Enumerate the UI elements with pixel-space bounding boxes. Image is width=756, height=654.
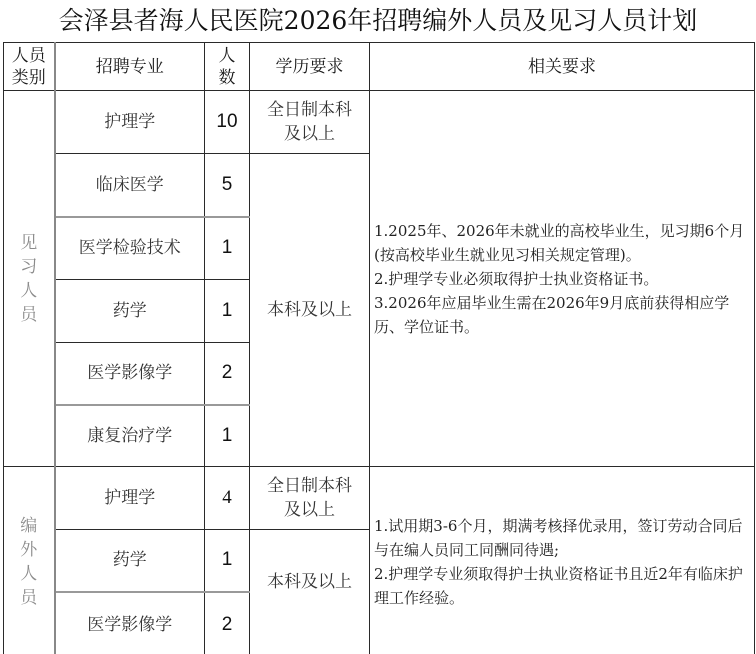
- education-cell: 全日制本科 及以上: [250, 91, 370, 154]
- count-cell: 1: [205, 530, 250, 592]
- major-cell: 医学影像学: [55, 343, 205, 405]
- header-major: 招聘专业: [55, 43, 205, 91]
- major-cell: 药学: [55, 530, 205, 592]
- major-cell: 医学检验技术: [55, 217, 205, 280]
- header-requirements: 相关要求: [370, 43, 755, 91]
- education-line: 及以上: [250, 498, 369, 522]
- header-count-line2: 数: [205, 67, 249, 89]
- category-char: 员: [4, 303, 54, 327]
- requirement-item: 2.护理学专业须取得护士执业资格证书且近2年有临床护理工作经验。: [374, 562, 750, 610]
- education-line: 及以上: [250, 122, 369, 146]
- category-char: 人: [4, 562, 54, 586]
- education-cell: 本科及以上: [250, 530, 370, 654]
- major-cell: 临床医学: [55, 154, 205, 217]
- education-cell: 本科及以上: [250, 154, 370, 467]
- requirements-contract: 1.试用期3-6个月，期满考核择优录用，签订劳动合同后与在编人员同工同酬同待遇;…: [370, 467, 755, 654]
- category-char: 人: [4, 279, 54, 303]
- major-cell: 医学影像学: [55, 592, 205, 654]
- requirement-item: 1.试用期3-6个月，期满考核择优录用，签订劳动合同后与在编人员同工同酬同待遇;: [374, 514, 750, 562]
- table-row: 编 外 人 员 护理学 4 全日制本科 及以上 1.试用期3-6个月，期满考核择…: [4, 467, 755, 530]
- requirements-trainee: 1.2025年、2026年未就业的高校毕业生，见习期6个月(按高校毕业生就业见习…: [370, 91, 755, 467]
- count-cell: 4: [205, 467, 250, 530]
- major-cell: 康复治疗学: [55, 405, 205, 467]
- category-char: 见: [4, 231, 54, 255]
- major-cell: 护理学: [55, 467, 205, 530]
- requirement-item: 2.护理学专业必须取得护士执业资格证书。: [374, 267, 750, 291]
- recruitment-plan-table: 人员 类别 招聘专业 人 数 学历要求 相关要求 见 习 人 员 护理学 10 …: [3, 42, 755, 654]
- count-cell: 2: [205, 343, 250, 405]
- header-row: 人员 类别 招聘专业 人 数 学历要求 相关要求: [4, 43, 755, 91]
- table-row: 见 习 人 员 护理学 10 全日制本科 及以上 1.2025年、2026年未就…: [4, 91, 755, 154]
- requirement-item: 3.2026年应届毕业生需在2026年9月底前获得相应学历、学位证书。: [374, 291, 750, 339]
- header-count: 人 数: [205, 43, 250, 91]
- category-char: 习: [4, 255, 54, 279]
- education-cell: 全日制本科 及以上: [250, 467, 370, 530]
- major-cell: 药学: [55, 280, 205, 343]
- count-cell: 1: [205, 405, 250, 467]
- count-cell: 1: [205, 217, 250, 280]
- major-cell: 护理学: [55, 91, 205, 154]
- requirement-item: 1.2025年、2026年未就业的高校毕业生，见习期6个月(按高校毕业生就业见习…: [374, 219, 750, 267]
- header-category-line1: 人员: [4, 45, 54, 67]
- header-education: 学历要求: [250, 43, 370, 91]
- count-cell: 5: [205, 154, 250, 217]
- education-line: 全日制本科: [250, 474, 369, 498]
- category-char: 编: [4, 514, 54, 538]
- count-cell: 10: [205, 91, 250, 154]
- education-line: 全日制本科: [250, 98, 369, 122]
- category-contract: 编 外 人 员: [4, 467, 55, 654]
- header-count-line1: 人: [205, 45, 249, 67]
- page-title: 会泽县者海人民医院2026年招聘编外人员及见习人员计划: [0, 0, 756, 42]
- category-char: 外: [4, 538, 54, 562]
- count-cell: 2: [205, 592, 250, 654]
- count-cell: 1: [205, 280, 250, 343]
- category-char: 员: [4, 586, 54, 610]
- header-category: 人员 类别: [4, 43, 55, 91]
- category-trainee: 见 习 人 员: [4, 91, 55, 467]
- header-category-line2: 类别: [4, 67, 54, 89]
